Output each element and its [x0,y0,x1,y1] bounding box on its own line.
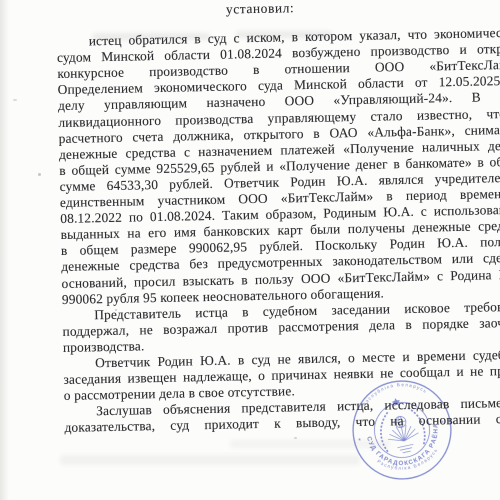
stamp-star-separator: * [358,437,363,445]
document-lines: истец обратился в суд с иском, в котором… [57,25,500,437]
page-bleed-through [230,440,390,448]
scan-edge-shading [0,0,9,500]
scan-speck [294,437,297,439]
svg-text:Рэспубліка Беларусь: Рэспубліка Беларусь [376,446,442,476]
stamp-country-bottom-text: Рэспубліка Беларусь [376,446,442,476]
scan-speck [13,99,17,101]
page-bleed-through [60,455,360,465]
court-ruling-text: установил: истец обратился в суд с иском… [56,0,500,436]
scan-speck [38,173,41,176]
ruling-heading: установил: [26,0,494,22]
